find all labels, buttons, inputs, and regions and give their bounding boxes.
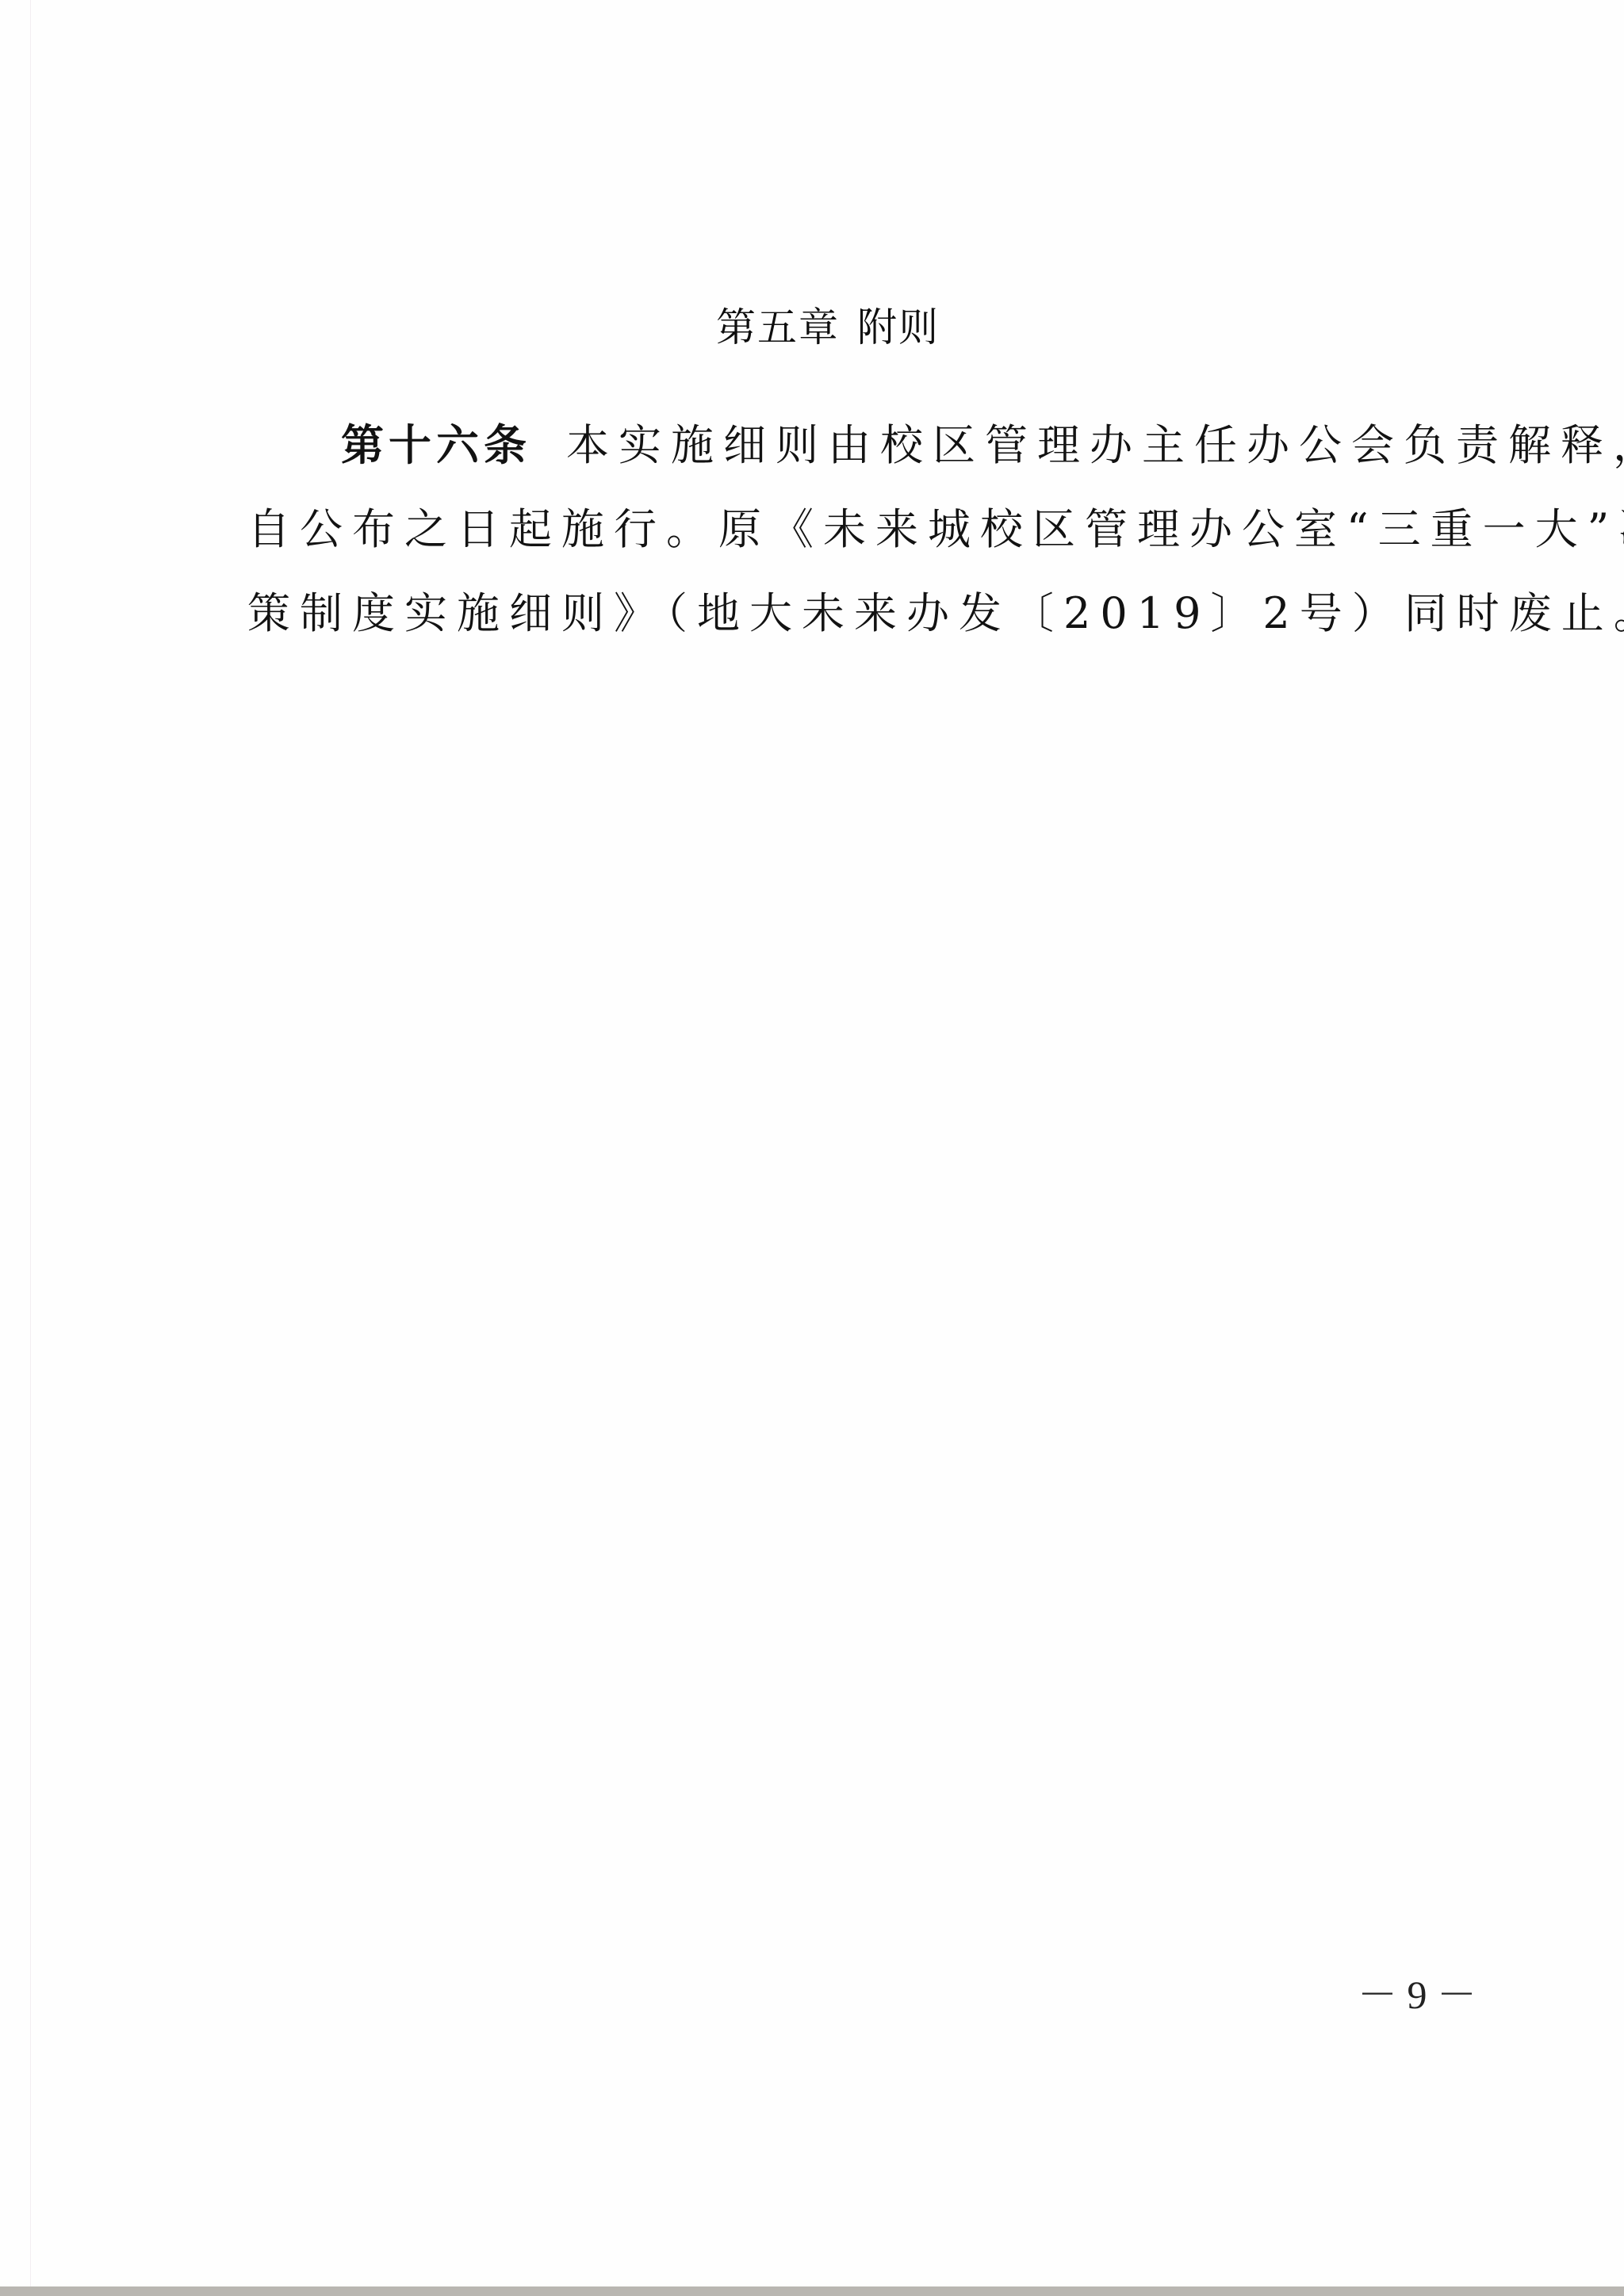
chapter-number: 第五章 [716,304,840,350]
document-page: 第五章附则 第十六条本实施细则由校区管理办主任办公会负责解释， 自公布之日起施行… [0,0,1624,2286]
scan-edge-bottom [0,2286,1624,2296]
article-text-1: 本实施细则由校区管理办主任办公会负责解释， [566,420,1624,470]
chapter-heading: 第五章附则 [0,300,1624,355]
article-line-2: 自公布之日起施行。原《未来城校区管理办公室“三重一大”决 [247,488,1484,572]
chapter-title-text: 附则 [857,304,940,350]
article-sixteen: 第十六条本实施细则由校区管理办主任办公会负责解释， 自公布之日起施行。原《未来城… [247,403,1484,656]
article-number: 第十六条 [341,419,531,470]
article-line-1: 第十六条本实施细则由校区管理办主任办公会负责解释， [247,403,1484,488]
page-number: － 9 － [1358,1971,1477,2019]
article-line-3: 策制度实施细则》（地大未来办发〔2019〕2号）同时废止。 [247,572,1484,656]
